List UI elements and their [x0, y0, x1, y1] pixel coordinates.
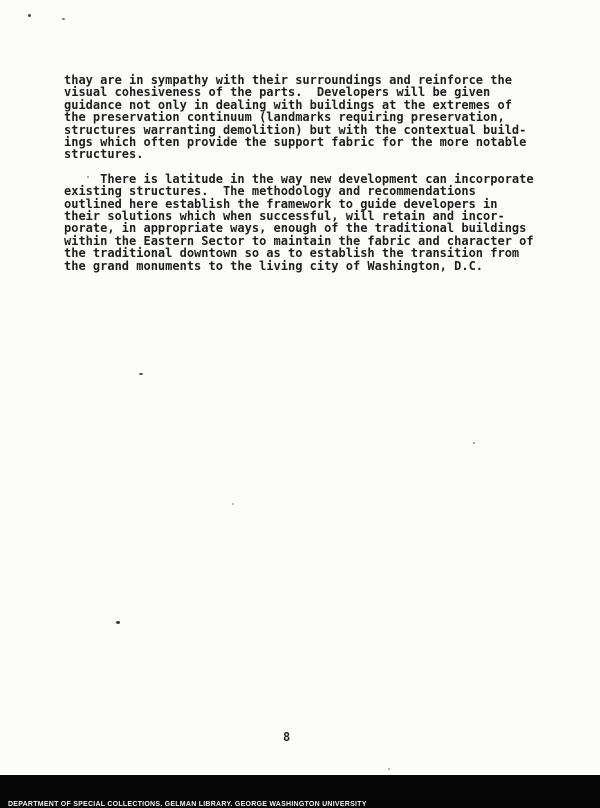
scan-speck: [232, 503, 234, 505]
scan-speck: [62, 18, 65, 20]
paragraph-1: thay are in sympathy with their surround…: [64, 74, 534, 161]
scan-speck: [139, 373, 143, 375]
scan-speck: [116, 621, 120, 624]
scan-speck: [473, 442, 475, 444]
scan-speck: [388, 768, 390, 770]
footer-bar: DEPARTMENT OF SPECIAL COLLECTIONS. GELMA…: [0, 775, 600, 808]
footer-label: DEPARTMENT OF SPECIAL COLLECTIONS. GELMA…: [8, 801, 367, 808]
scan-speck: [28, 14, 31, 17]
scan-speck: [87, 176, 89, 178]
document-body: thay are in sympathy with their surround…: [64, 74, 534, 284]
scanned-document-page: thay are in sympathy with their surround…: [0, 0, 600, 808]
paragraph-2: There is latitude in the way new develop…: [64, 173, 534, 272]
page-number: 8: [283, 730, 290, 744]
